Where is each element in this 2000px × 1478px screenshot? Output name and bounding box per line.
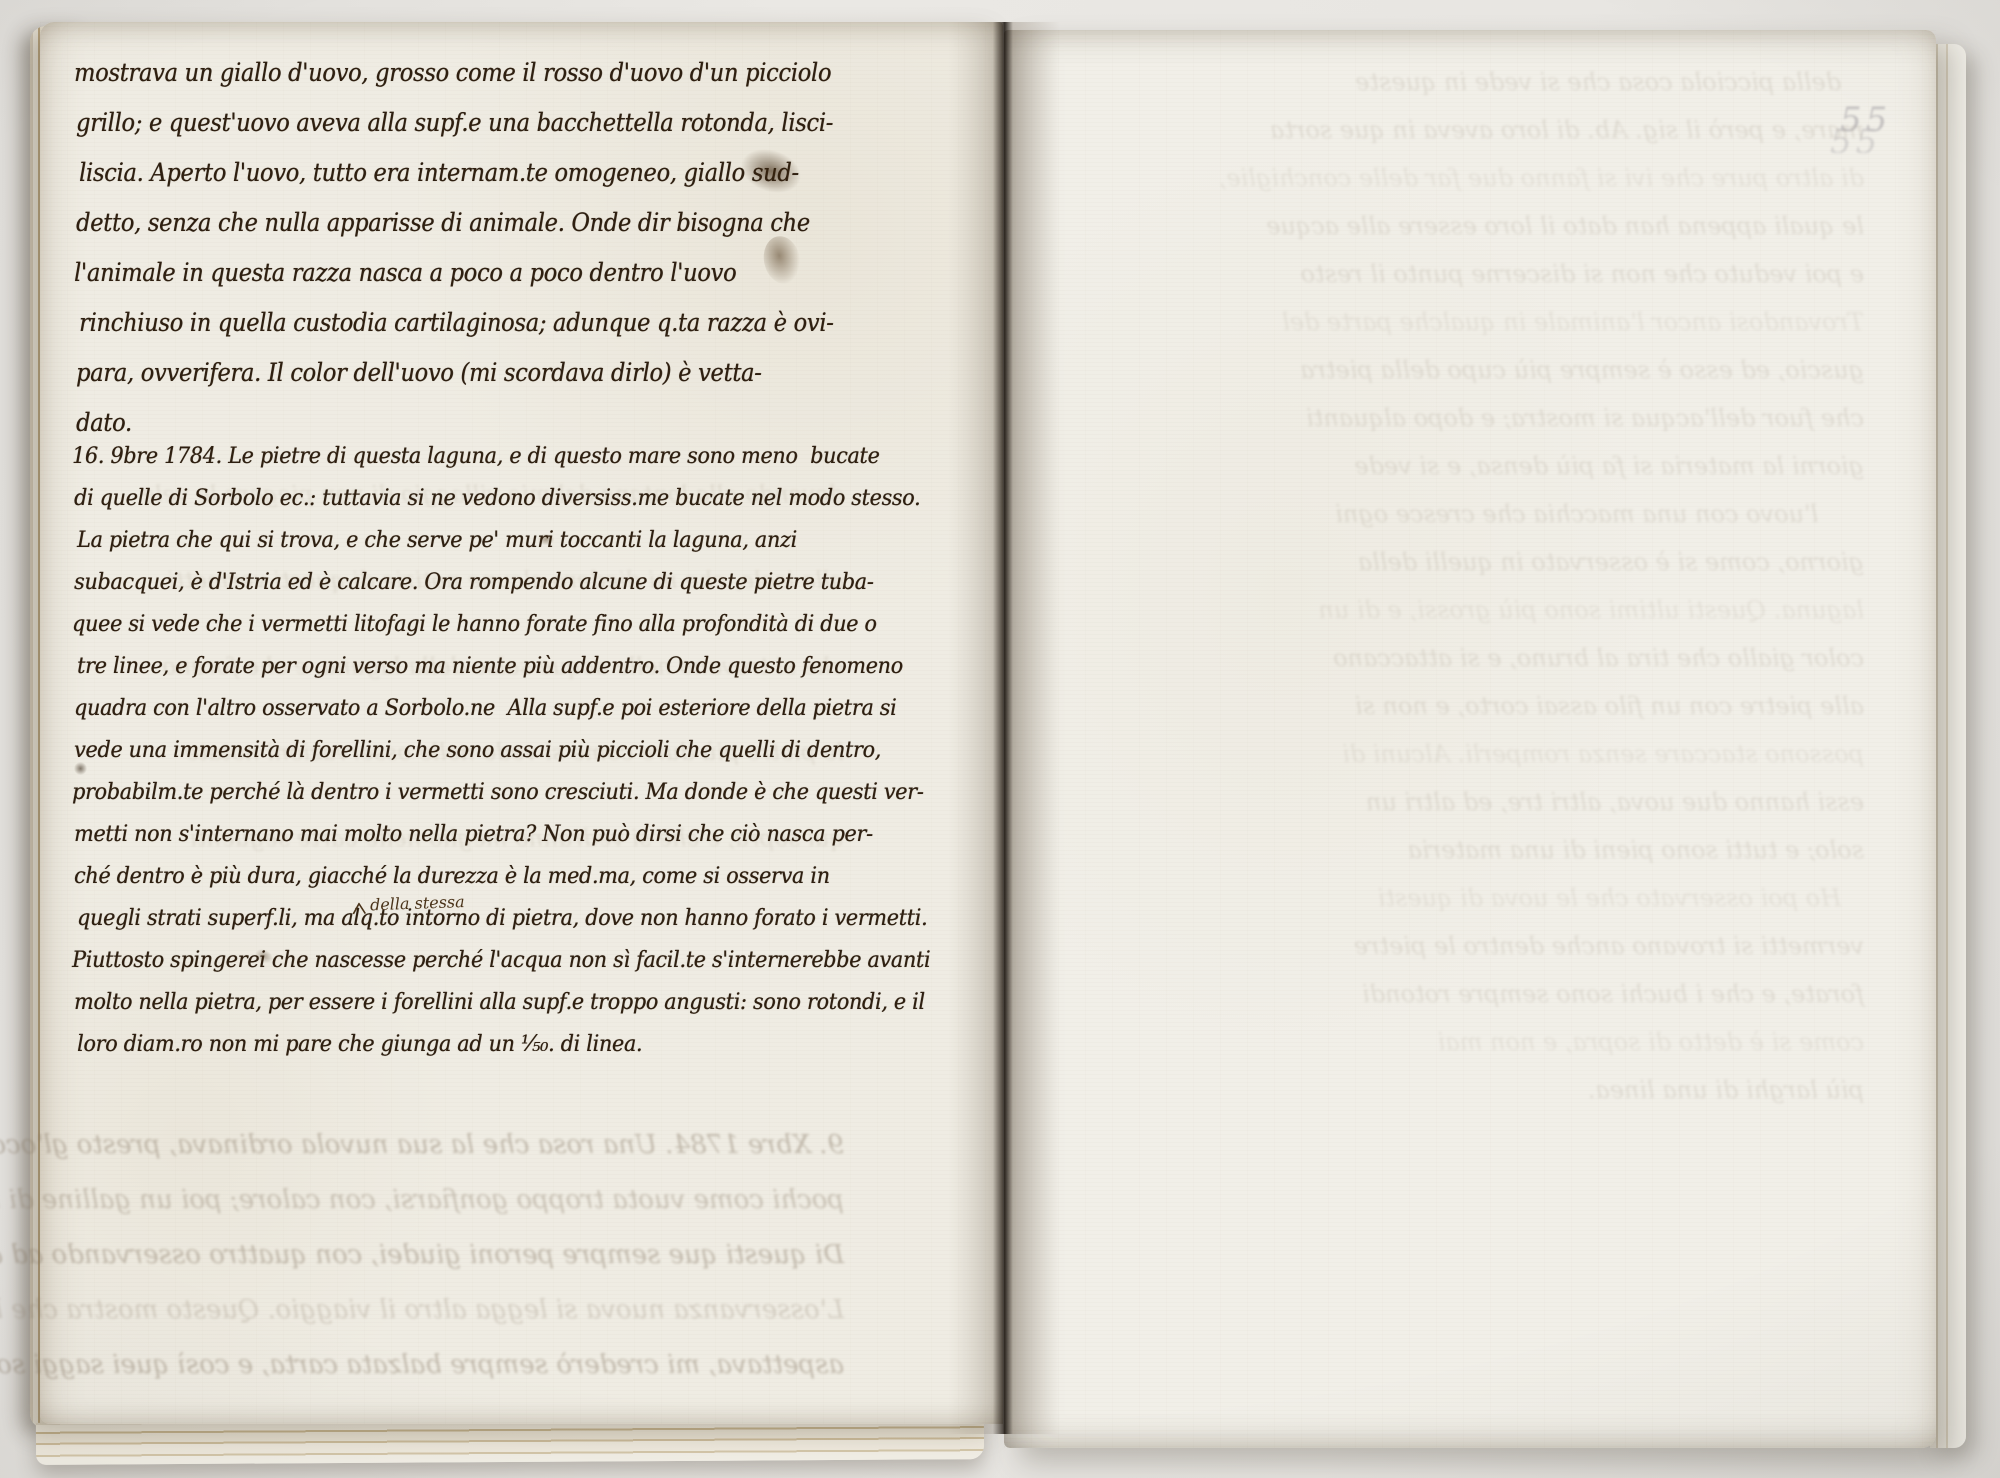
showthrough-line: di altro pure che ivi si fanno due far d…	[1058, 154, 1864, 202]
showthrough-line: più larghi di una linea.	[1058, 1066, 1864, 1114]
manuscript-line: rinchiuso in quella custodia cartilagino…	[79, 298, 769, 348]
paragraph-dated-entry: 16. 9bre 1784. Le pietre di questa lagun…	[74, 436, 849, 1066]
showthrough-line: della picciola cosa che si vede in quest…	[1072, 58, 1864, 106]
left-page: dovendo alla lontana dal mio villaggio d…	[40, 22, 1003, 1424]
manuscript-line: l'animale in questa razza nasca a poco a…	[74, 248, 769, 298]
showthrough-line: le quali appena han dato il loro essere …	[1058, 202, 1864, 250]
right-page-showthrough: della picciola cosa che si vede in quest…	[1058, 58, 1864, 1114]
manuscript-line: probabilm.te perché là dentro i vermetti…	[72, 772, 802, 814]
showthrough-line: Trovandosi ancor l'animale in qualche pa…	[1072, 298, 1864, 346]
caret-insertion-mark-icon	[352, 902, 366, 914]
showthrough-line: pochi come vuota troppo gonfiarsi, con c…	[60, 1173, 844, 1228]
manuscript-line: Piuttosto spingerei che nascesse perché …	[72, 940, 802, 982]
manuscript-line: detto, senza che nulla apparisse di anim…	[76, 198, 769, 248]
manuscript-line: La pietra che qui si trova, e che serve …	[77, 520, 803, 562]
showthrough-line: guscio, ed esso è sempre più cupo della …	[1058, 346, 1864, 394]
manuscript-line: 16. 9bre 1784. Le pietre di questa lagun…	[72, 436, 802, 478]
showthrough-line: giorni la materia si fa più densa, e si …	[1058, 442, 1864, 490]
manuscript-line: tre linee, e forate per ogni verso ma ni…	[77, 646, 803, 688]
showthrough-line: essi hanno due uova, altri tre, ed altri…	[1072, 778, 1864, 826]
page-number-showthrough: 55	[1840, 100, 1891, 140]
showthrough-line: alle pietre con un filo assai corto, e n…	[1058, 682, 1864, 730]
showthrough-line: possono staccare senza romperli. Alcuni …	[1058, 730, 1864, 778]
showthrough-line: aspettava, mi crederò sempre balzata car…	[60, 1338, 844, 1393]
manuscript-line: ché dentro è più dura, giacché la durezz…	[74, 856, 803, 898]
showthrough-line: e poi veduto che non si discerne punto i…	[1058, 250, 1864, 298]
manuscript-line: grillo; e quest'uovo aveva alla supf.e u…	[76, 98, 769, 148]
showthrough-line: forate, e che i buchi sono sempre rotond…	[1058, 970, 1864, 1018]
manuscript-line: loro diam.ro non mi pare che giunga ad u…	[77, 1024, 803, 1066]
interlinear-insertion: della stessa	[352, 892, 465, 915]
manuscript-line: molto nella pietra, per essere i forelli…	[74, 982, 803, 1024]
manuscript-line: vede una immensità di forellini, che son…	[74, 730, 803, 772]
showthrough-line: mare, e però il sig. Ab. di loro aveva i…	[1058, 106, 1864, 154]
right-page-blank: 55 della picciola cosa che si vede in qu…	[1004, 30, 1936, 1448]
showthrough-line: l'uovo con una macchia che cresce ogni	[1058, 490, 1864, 538]
bottom-page-stack-edge	[36, 1417, 984, 1465]
manuscript-line: mostrava un giallo d'uovo, grosso come i…	[74, 48, 769, 98]
manuscript-line: metti non s'internano mai molto nella pi…	[74, 814, 803, 856]
showthrough-line: 9. Xbre 1784. Una rosa che la sua nuvola…	[60, 1118, 844, 1173]
left-page-showthrough-bottom: 9. Xbre 1784. Una rosa che la sua nuvola…	[60, 1118, 844, 1393]
interlinear-note-text: della stessa	[370, 892, 465, 914]
showthrough-line: che fuor dell'acqua si mostra; e dopo al…	[1058, 394, 1864, 442]
showthrough-line: laguna. Questi ultimi sono più grossi, e…	[1058, 586, 1864, 634]
manuscript-line: para, ovverifera. Il color dell'uovo (mi…	[76, 348, 769, 398]
showthrough-line: come si è detto di sopra, e non mai	[1072, 1018, 1864, 1066]
manuscript-line: subacquei, è d'Istria ed è calcare. Ora …	[74, 562, 803, 604]
showthrough-line: giorno, come si è osservato in quelli de…	[1072, 538, 1864, 586]
showthrough-line: L'osservanza nuova si legga altro il via…	[60, 1283, 844, 1338]
showthrough-line: Di questi que sempre peroni giudei, con …	[60, 1228, 844, 1283]
showthrough-line: vermetti si trovano anche dentro le piet…	[1058, 922, 1864, 970]
manuscript-line: quee si vede che i vermetti litofagi le …	[72, 604, 802, 646]
manuscript-line: di quelle di Sorbolo ec.: tuttavia si ne…	[74, 478, 803, 520]
manuscript-line: liscia. Aperto l'uovo, tutto era interna…	[79, 148, 769, 198]
paragraph-first-entry: mostrava un giallo d'uovo, grosso come i…	[76, 48, 846, 448]
showthrough-line: color giallo che tira al bruno, e si att…	[1058, 634, 1864, 682]
manuscript-photograph: dovendo alla lontana dal mio villaggio d…	[0, 0, 2000, 1478]
showthrough-line: solo; e tutti sono pieni di una materia	[1058, 826, 1864, 874]
showthrough-line: Ho poi osservato che le uova di questi	[1058, 874, 1864, 922]
manuscript-line: quadra con l'altro osservato a Sorbolo.n…	[74, 688, 803, 730]
